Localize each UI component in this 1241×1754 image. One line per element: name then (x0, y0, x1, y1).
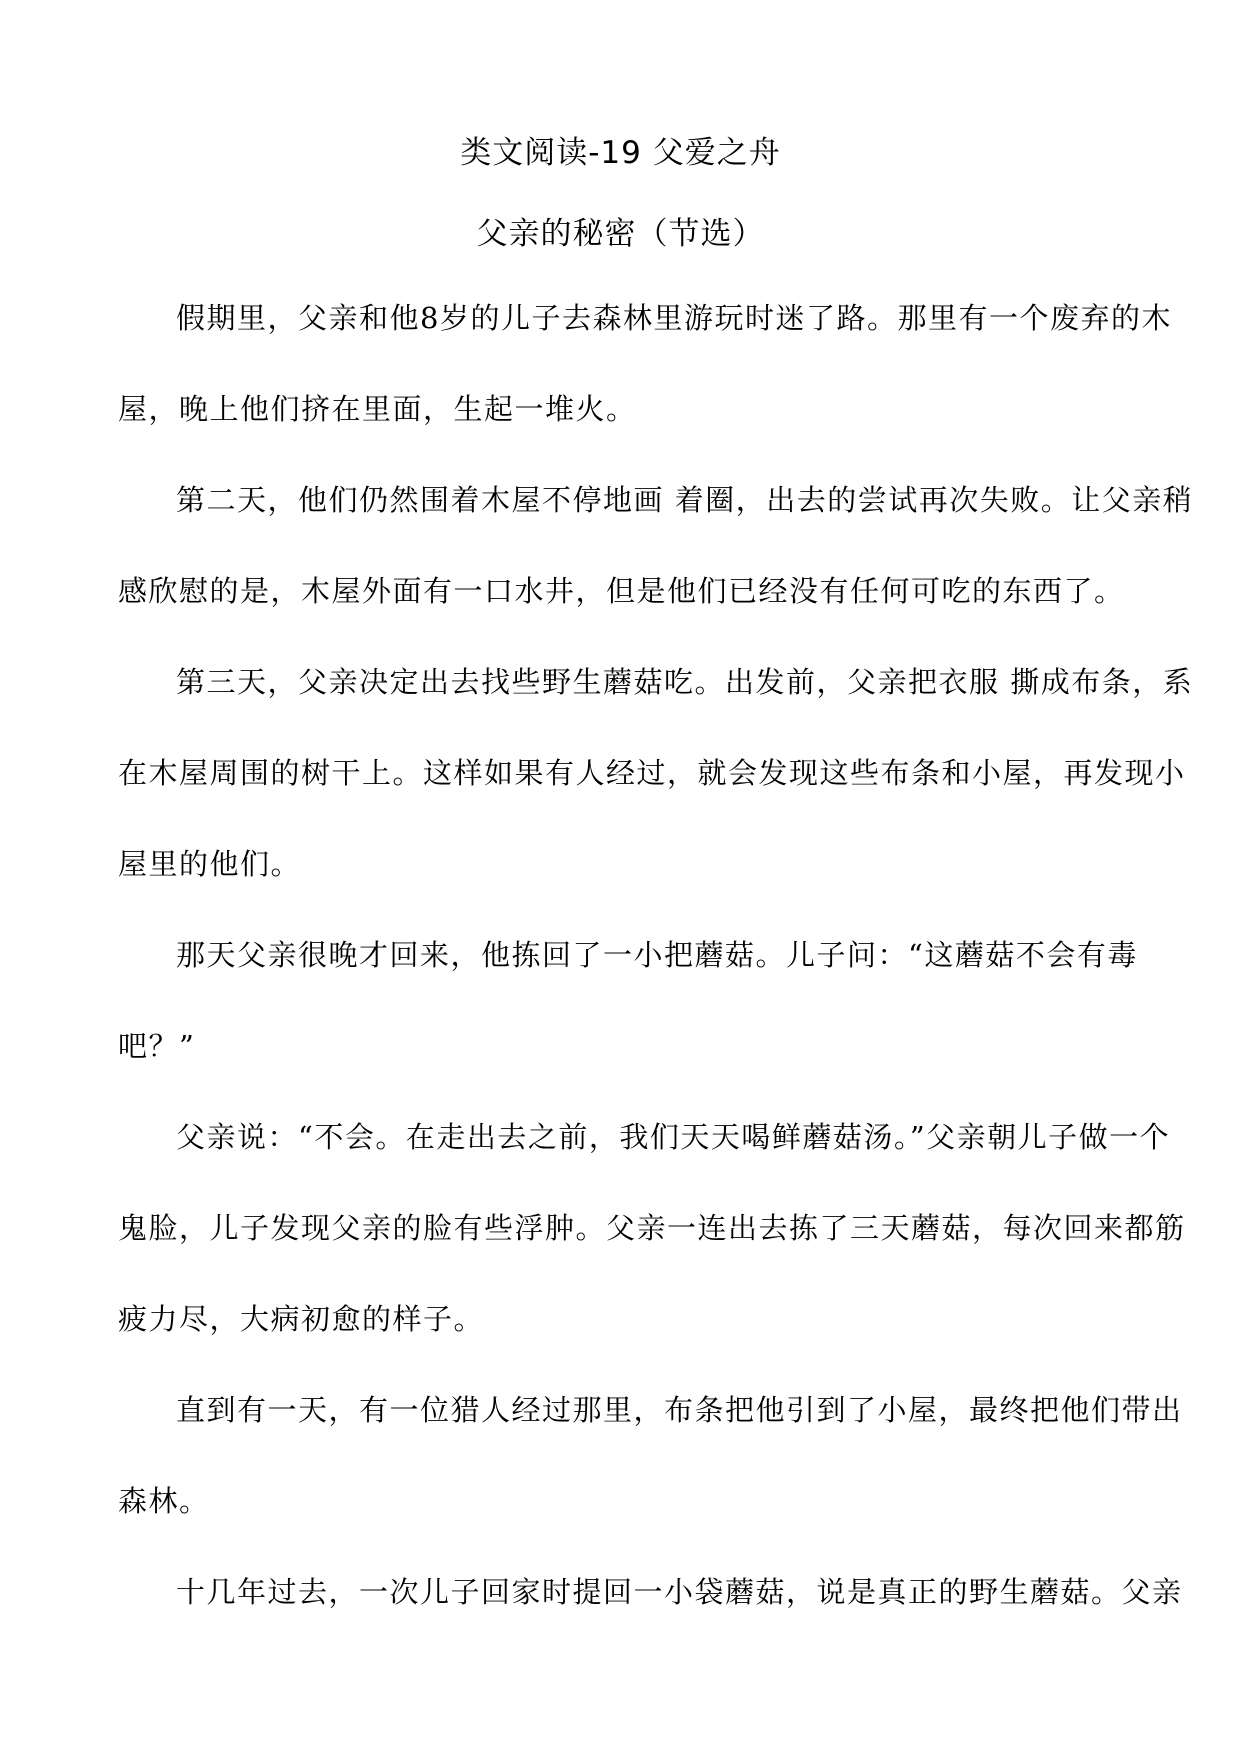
passage-line: 感欣慰的是，木屋外面有一口水井，但是他们已经没有任何可吃的东西了。 (118, 546, 1134, 637)
passage-line: 在木屋周围的树干上。这样如果有人经过，就会发现这些布条和小屋，再发现小 (118, 728, 1134, 819)
page-title: 类文阅读-19 父爱之舟 (0, 131, 1241, 176)
passage-line: 那天父亲很晚才回来，他拣回了一小把蘑菇。儿子问：“这蘑菇不会有毒 (118, 910, 1134, 1001)
document-page: 类文阅读-19 父爱之舟 父亲的秘密（节选） 假期里，父亲和他8岁的儿子去森林里… (0, 0, 1241, 1754)
passage-line: 父亲说：“不会。在走出去之前，我们天天喝鲜蘑菇汤。”父亲朝儿子做一个 (118, 1092, 1134, 1183)
passage-line: 鬼脸，儿子发现父亲的脸有些浮肿。父亲一连出去拣了三天蘑菇，每次回来都筋 (118, 1183, 1134, 1274)
page-subtitle: 父亲的秘密（节选） (0, 212, 1241, 257)
passage-line: 十几年过去，一次儿子回家时提回一小袋蘑菇，说是真正的野生蘑菇。父亲 (118, 1547, 1134, 1638)
passage-line: 第三天，父亲决定出去找些野生蘑菇吃。出发前，父亲把衣服 撕成布条，系 (118, 637, 1134, 728)
passage-line: 屋，晚上他们挤在里面，生起一堆火。 (118, 364, 1134, 455)
passage-line: 直到有一天，有一位猎人经过那里，布条把他引到了小屋，最终把他们带出 (118, 1365, 1134, 1456)
passage-line: 假期里，父亲和他8岁的儿子去森林里游玩时迷了路。那里有一个废弃的木 (118, 273, 1134, 364)
passage-line: 屋里的他们。 (118, 819, 1134, 910)
passage-line: 第二天，他们仍然围着木屋不停地画 着圈，出去的尝试再次失败。让父亲稍 (118, 455, 1134, 546)
reading-passage: 假期里，父亲和他8岁的儿子去森林里游玩时迷了路。那里有一个废弃的木屋，晚上他们挤… (118, 273, 1134, 1638)
passage-line: 吧？” (118, 1001, 1134, 1092)
passage-line: 疲力尽，大病初愈的样子。 (118, 1274, 1134, 1365)
passage-line: 森林。 (118, 1456, 1134, 1547)
